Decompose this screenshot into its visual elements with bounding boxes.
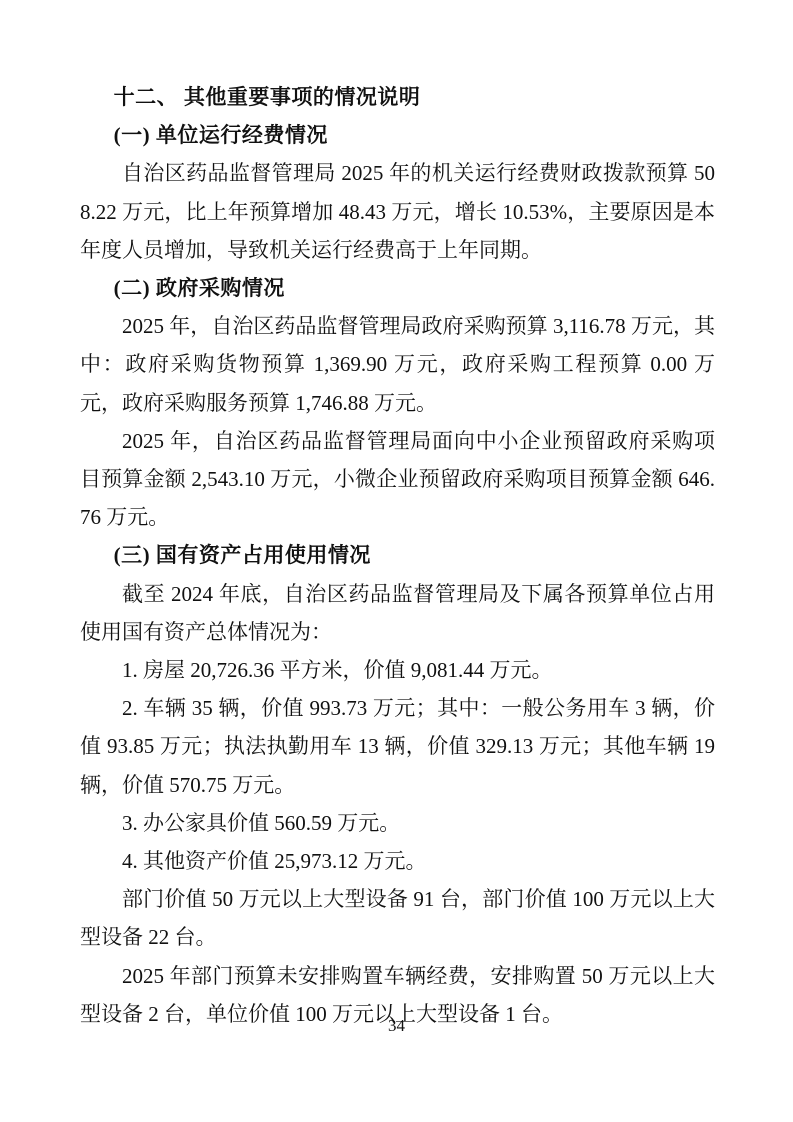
section-3-item-housing: 1. 房屋 20,726.36 平方米，价值 9,081.44 万元。 xyxy=(80,651,715,689)
section-3-paragraph-equipment: 部门价值 50 万元以上大型设备 91 台，部门价值 100 万元以上大型设备 … xyxy=(80,880,715,956)
section-unit-operating-costs: (一) 单位运行经费情况 自治区药品监督管理局 2025 年的机关运行经费财政拨… xyxy=(80,116,715,269)
section-government-procurement: (二) 政府采购情况 2025 年，自治区药品监督管理局政府采购预算 3,116… xyxy=(80,269,715,536)
page-number: 34 xyxy=(388,1016,405,1035)
page-footer: 34 xyxy=(0,1016,793,1036)
section-3-paragraph-1: 截至 2024 年底，自治区药品监督管理局及下属各预算单位占用使用国有资产总体情… xyxy=(80,575,715,651)
section-2-title: (二) 政府采购情况 xyxy=(80,269,715,307)
section-2-paragraph-1: 2025 年，自治区药品监督管理局政府采购预算 3,116.78 万元，其中：政… xyxy=(80,307,715,422)
section-1-title: (一) 单位运行经费情况 xyxy=(80,116,715,154)
page-title: 十二、 其他重要事项的情况说明 xyxy=(80,78,715,116)
section-state-owned-assets: (三) 国有资产占用使用情况 截至 2024 年底，自治区药品监督管理局及下属各… xyxy=(80,536,715,1033)
section-3-title: (三) 国有资产占用使用情况 xyxy=(80,536,715,574)
section-1-paragraph-1: 自治区药品监督管理局 2025 年的机关运行经费财政拨款预算 508.22 万元… xyxy=(80,154,715,269)
section-3-item-other-assets: 4. 其他资产价值 25,973.12 万元。 xyxy=(80,842,715,880)
section-3-item-furniture: 3. 办公家具价值 560.59 万元。 xyxy=(80,804,715,842)
section-2-paragraph-2: 2025 年，自治区药品监督管理局面向中小企业预留政府采购项目预算金额 2,54… xyxy=(80,422,715,537)
section-3-item-vehicles: 2. 车辆 35 辆，价值 993.73 万元；其中：一般公务用车 3 辆，价值… xyxy=(80,689,715,804)
document-page: 十二、 其他重要事项的情况说明 (一) 单位运行经费情况 自治区药品监督管理局 … xyxy=(0,0,793,1122)
document-body: 十二、 其他重要事项的情况说明 (一) 单位运行经费情况 自治区药品监督管理局 … xyxy=(80,78,715,1033)
